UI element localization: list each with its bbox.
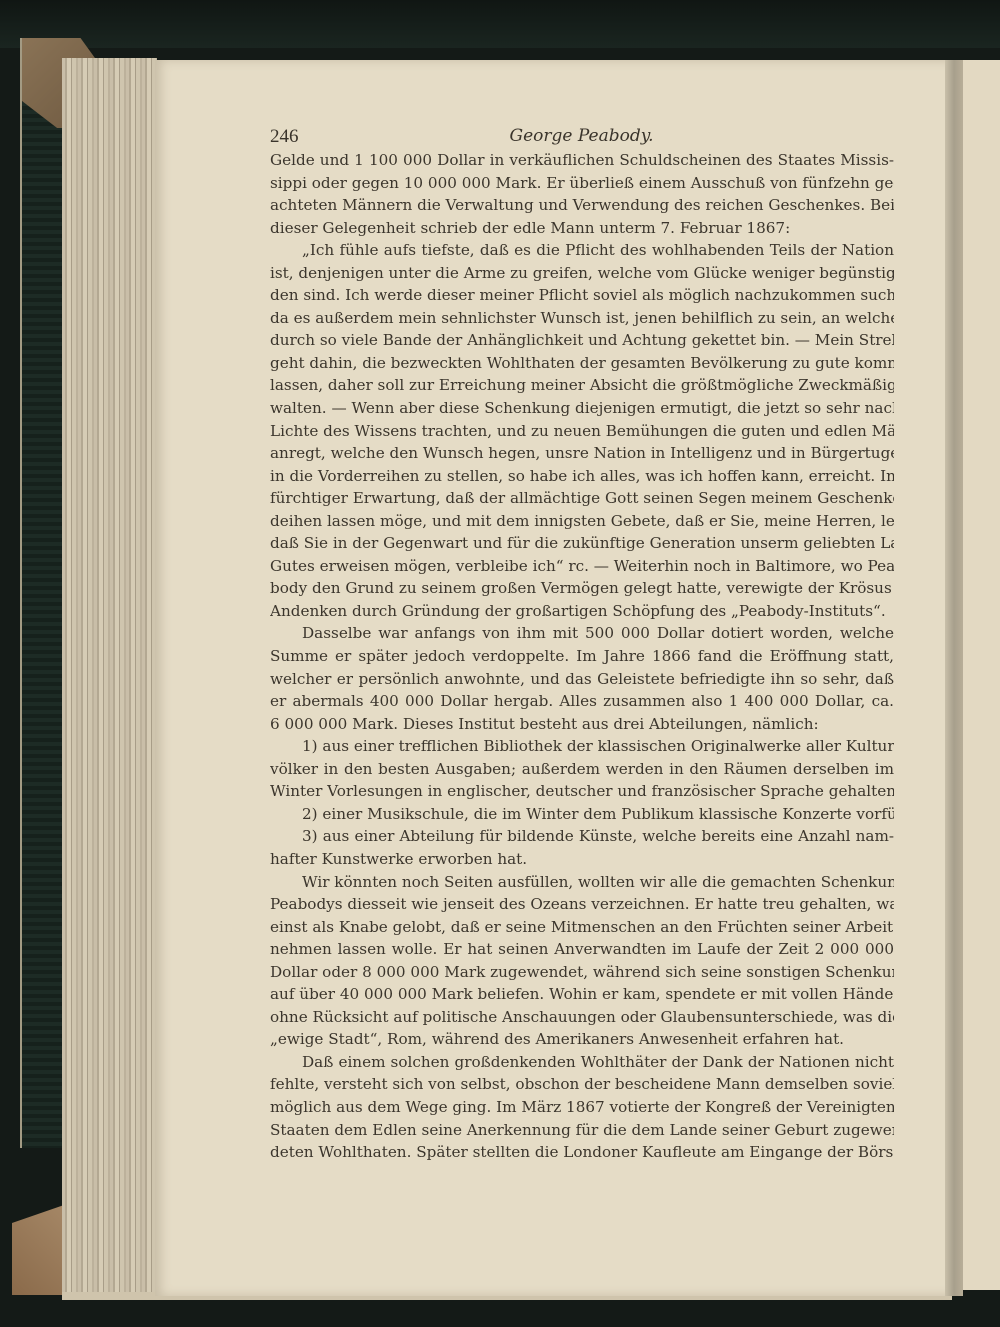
- text-line: möglich aus dem Wege ging. Im März 1867 …: [270, 1096, 894, 1119]
- cover-corner-bottom-left: [12, 1205, 64, 1295]
- text-line: Staaten dem Edlen seine Anerkennung für …: [270, 1119, 894, 1142]
- text-line: walten. — Wenn aber diese Schenkung diej…: [270, 397, 894, 420]
- text-line: „Ich fühle aufs tiefste, daß es die Pfli…: [270, 239, 894, 262]
- text-line: da es außerdem mein sehnlichster Wunsch …: [270, 307, 894, 330]
- text-line: Daß einem solchen großdenkenden Wohlthät…: [270, 1051, 894, 1074]
- text-line: Gelde und 1 100 000 Dollar in verkäuflic…: [270, 149, 894, 172]
- book-cover-top: [0, 0, 1000, 48]
- text-line: ist, denjenigen unter die Arme zu greife…: [270, 262, 894, 285]
- text-line: dieser Gelegenheit schrieb der edle Mann…: [270, 217, 894, 240]
- text-line: auf über 40 000 000 Mark beliefen. Wohin…: [270, 983, 894, 1006]
- text-line: welcher er persönlich anwohnte, und das …: [270, 668, 894, 691]
- text-line: Andenken durch Gründung der großartigen …: [270, 600, 894, 623]
- text-line: Lichte des Wissens trachten, und zu neue…: [270, 420, 894, 443]
- text-line: deten Wohlthaten. Später stellten die Lo…: [270, 1141, 894, 1164]
- text-line: Wir könnten noch Seiten ausfüllen, wollt…: [270, 871, 894, 894]
- text-line: völker in den besten Ausgaben; außerdem …: [270, 758, 894, 781]
- text-line: er abermals 400 000 Dollar hergab. Alles…: [270, 690, 894, 713]
- text-line: daß Sie in der Gegenwart und für die zuk…: [270, 532, 894, 555]
- text-line: anregt, welche den Wunsch hegen, unsre N…: [270, 442, 894, 465]
- text-line: Summe er später jedoch verdoppelte. Im J…: [270, 645, 894, 668]
- text-line: lassen, daher soll zur Erreichung meiner…: [270, 374, 894, 397]
- book-gutter: [945, 60, 963, 1296]
- text-line: geht dahin, die bezweckten Wohlthaten de…: [270, 352, 894, 375]
- text-line: achteten Männern die Verwaltung und Verw…: [270, 194, 894, 217]
- text-line: 1) aus einer trefflichen Bibliothek der …: [270, 735, 894, 758]
- text-line: hafter Kunstwerke erworben hat.: [270, 848, 894, 871]
- text-line: ohne Rücksicht auf politische Anschauung…: [270, 1006, 894, 1029]
- facing-page-edge: [963, 60, 1000, 1290]
- text-line: einst als Knabe gelobt, daß er seine Mit…: [270, 916, 894, 939]
- text-line: durch so viele Bande der Anhänglichkeit …: [270, 329, 894, 352]
- text-line: body den Grund zu seinem großen Vermögen…: [270, 577, 894, 600]
- page-stack-edges: [62, 58, 157, 1298]
- book-cover-spine: [20, 38, 64, 1148]
- text-line: Dasselbe war anfangs von ihm mit 500 000…: [270, 622, 894, 645]
- text-line: in die Vorderreihen zu stellen, so habe …: [270, 465, 894, 488]
- body-text: Gelde und 1 100 000 Dollar in verkäuflic…: [270, 149, 894, 1164]
- text-line: nehmen lassen wolle. Er hat seinen Anver…: [270, 938, 894, 961]
- text-line: den sind. Ich werde dieser meiner Pflich…: [270, 284, 894, 307]
- text-line: fürchtiger Erwartung, daß der allmächtig…: [270, 487, 894, 510]
- text-line: deihen lassen möge, und mit dem innigste…: [270, 510, 894, 533]
- text-line: Dollar oder 8 000 000 Mark zugewendet, w…: [270, 961, 894, 984]
- text-line: Winter Vorlesungen in englischer, deutsc…: [270, 780, 894, 803]
- text-line: 2) einer Musikschule, die im Winter dem …: [270, 803, 894, 826]
- text-line: „ewige Stadt“, Rom, während des Amerikan…: [270, 1028, 894, 1051]
- text-line: fehlte, versteht sich von selbst, obscho…: [270, 1073, 894, 1096]
- text-line: Gutes erweisen mögen, verbleibe ich“ rc.…: [270, 555, 894, 578]
- text-line: 6 000 000 Mark. Dieses Institut besteht …: [270, 713, 894, 736]
- text-line: 3) aus einer Abteilung für bildende Küns…: [270, 825, 894, 848]
- running-title: George Peabody.: [270, 126, 893, 146]
- text-line: Peabodys diesseit wie jenseit des Ozeans…: [270, 893, 894, 916]
- text-line: sippi oder gegen 10 000 000 Mark. Er übe…: [270, 172, 894, 195]
- page-header: 246 George Peabody.: [270, 126, 893, 150]
